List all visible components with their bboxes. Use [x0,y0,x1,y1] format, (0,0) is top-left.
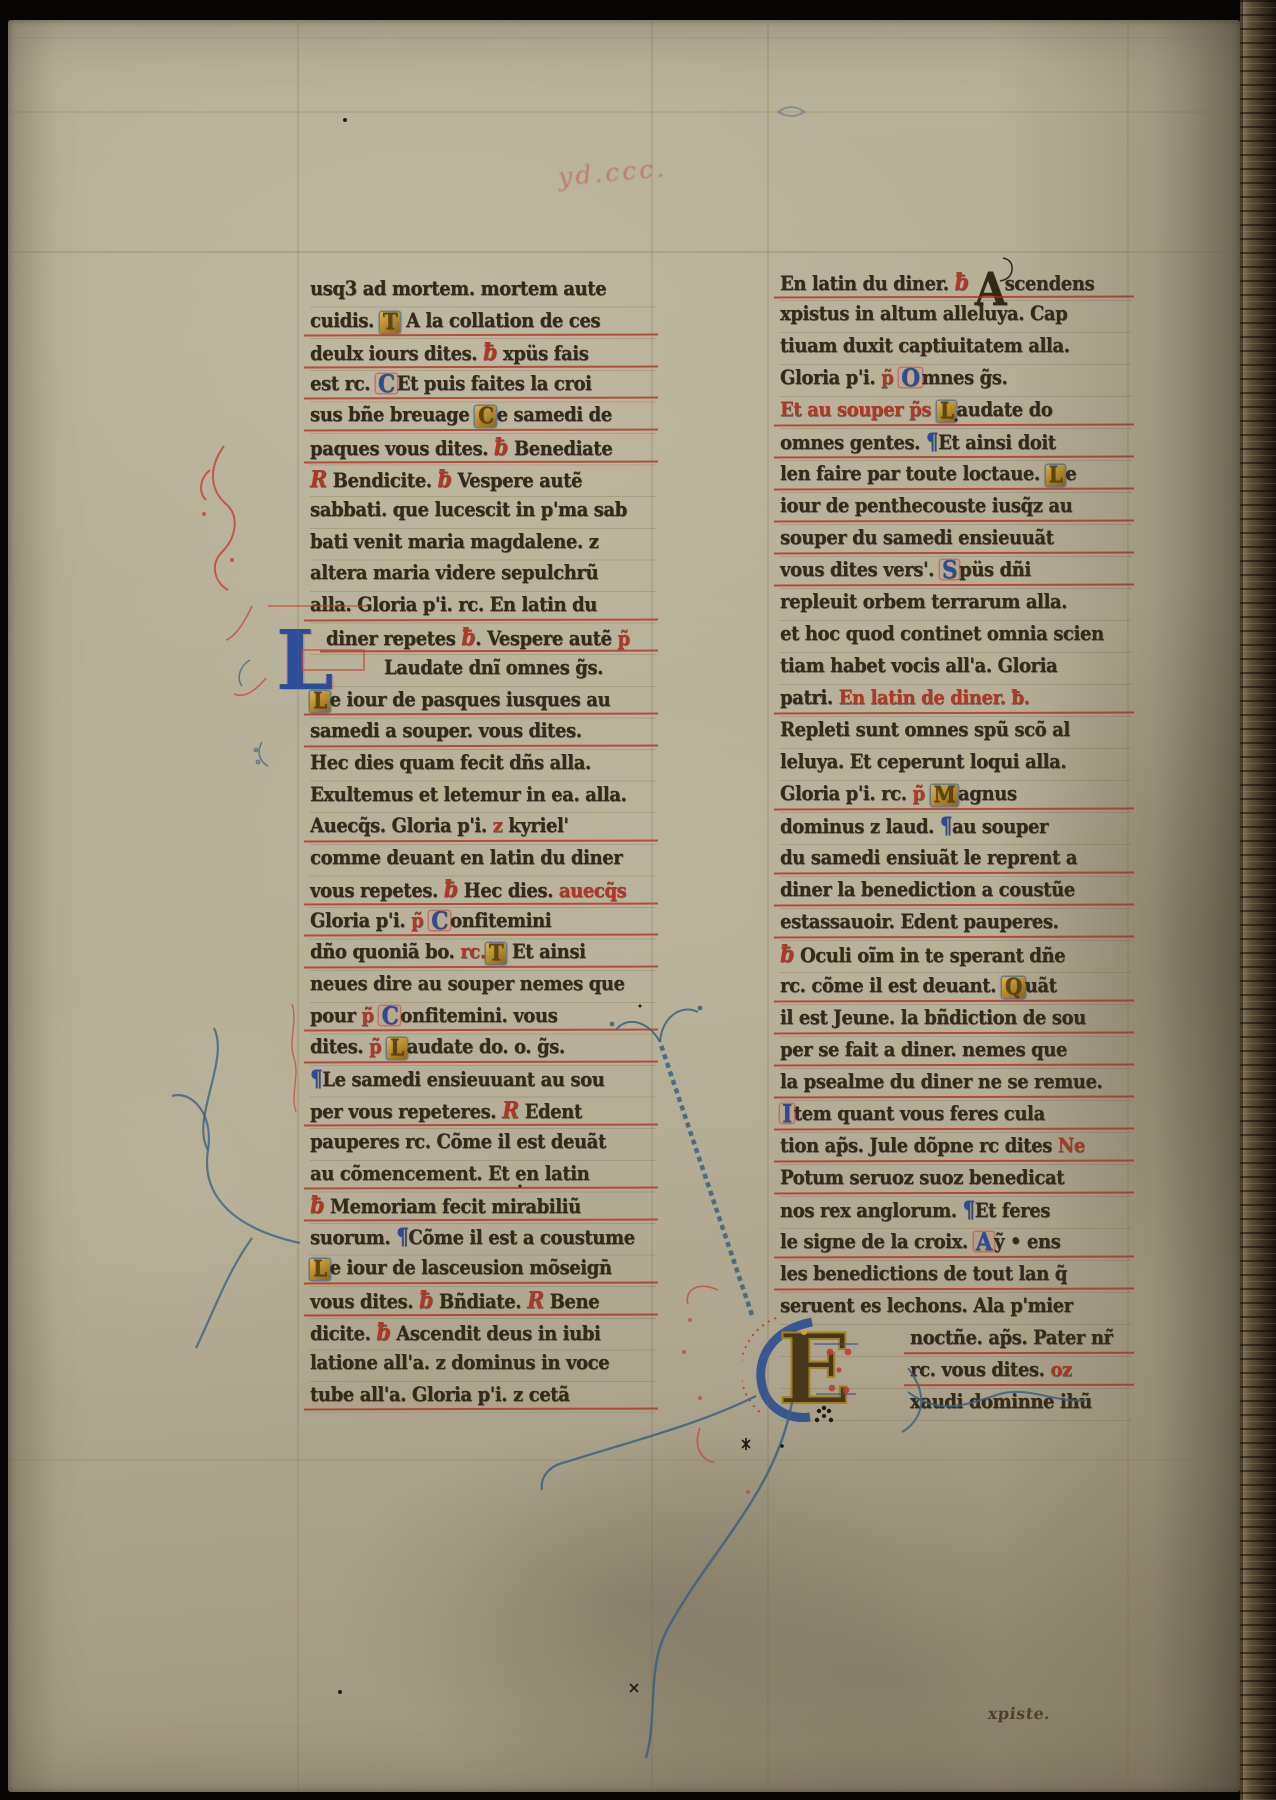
red-versicle-mark: ƀ [437,466,451,493]
ink-text: rc. vous dites. [910,1357,1050,1381]
ink-text: Cõme il est a coustume [408,1225,634,1249]
ink-text: diner repetes [326,626,461,650]
ink-text: cuidis. [310,308,380,332]
ink-text: Potum seruoz suoz benedicat [780,1165,1064,1189]
ink-text: altera maria videre sepulchrũ [310,560,598,584]
gold-champ-initial: M [931,785,959,806]
ink-text: pour [310,1003,361,1027]
catchword: xpiste. [987,1704,1051,1723]
text-line: Gloria p'i. p̃ Confitemini [310,908,656,940]
text-line: neues dire au souper nemes que [310,971,656,1003]
rubric-text: z [493,813,503,837]
text-line: omnes gentes. ¶Et ainsi doit [780,429,1132,461]
ink-text: au souper [952,814,1048,838]
text-line: le signe de la croix. Aỹ • ens [780,1229,1132,1261]
text-line: Gloria p'i. p̃ Omnes g̃s. [780,365,1132,397]
ink-text: Repleti sunt omnes spũ scõ al [780,717,1070,741]
gold-champ-initial: C [475,406,496,427]
ink-text: souper du samedi ensieuuãt [780,525,1054,549]
text-line: xaudi dominne ihũ [910,1389,1132,1421]
blue-paraph-mark: ¶ [940,813,952,839]
ink-text: neues dire au souper nemes que [310,971,625,995]
ink-text: dites. [310,1034,369,1058]
rubric-text: p̃ [617,626,629,650]
text-line: cuidis. T A la collation de ces [310,308,656,340]
red-versicle-mark: R [310,466,327,493]
ink-text: audate do [956,397,1052,421]
text-line: dño quoniã bo. rc.T Et ainsi [310,939,656,971]
blue-paraph-mark: ¶ [310,1066,322,1092]
text-line: Le iour de lasceusion mõseign̄ [310,1255,656,1287]
text-line: leluya. Et ceperunt loqui alla. [780,749,1132,781]
ink-text: alla. Gloria p'i. rc. En latin du [310,592,597,616]
text-line: tube all'a. Gloria p'i. z cetã [310,1382,656,1414]
gold-champ-initial: L [937,401,957,422]
text-line: diner la benediction a coustũe [780,877,1132,909]
ink-text: scendens [1005,271,1095,295]
ink-text: Hec dies. [458,878,559,902]
blue-penwork-initial: O [899,368,921,387]
text-line: ƀ Oculi oĩm in te sperant dñe [780,941,1132,973]
text-line: altera maria videre sepulchrũ [310,560,656,592]
rubric-text: p̃ [881,365,893,389]
text-line: dominus z laud. ¶au souper [780,813,1132,845]
text-line: sabbati. que lucescit in p'ma sab [310,497,656,529]
text-line: pour p̃ Confitemini. vous [310,1003,656,1035]
ink-text: Et puis faites la croi [397,371,592,395]
text-line: est rc. CEt puis faites la croi [310,371,656,403]
text-line: alla. Gloria p'i. rc. En latin du [310,592,656,624]
red-versicle-mark: ƀ [419,1287,433,1314]
red-versicle-mark: ƀ [461,624,475,651]
ink-text: mnes g̃s. [922,365,1008,389]
text-line: rc. vous dites. oz [910,1357,1132,1389]
ink-text: deulx iours dites. [310,341,483,365]
text-line: Repleti sunt omnes spũ scõ al [780,717,1132,749]
ink-text: Gloria p'i. [310,908,411,932]
illuminated-initial-L: L [276,620,334,702]
text-line: au cõmencement. Et en latin [310,1161,656,1193]
ink-text: usq3 ad mortem. mortem aute [310,276,606,300]
ink-text: au cõmencement. Et en latin [310,1161,589,1185]
gold-champ-initial: L [310,1259,330,1280]
ink-text: e iour de pasques iusques au [330,687,611,711]
text-line: et hoc quod continet omnia scien [780,621,1132,653]
red-versicle-mark: ƀ [483,339,497,366]
rubric-text: En latin de diner. ƀ. [839,685,1030,709]
initial-E-gold-glint [801,1329,807,1335]
ink-text: Bendicite. [327,468,438,492]
text-line: vous dites. ƀ Bñdiate. R Bene [310,1287,656,1319]
text-line: Exultemus et letemur in ea. alla. [310,782,656,814]
ink-text: A la collation de ces [400,308,600,332]
text-line: paques vous dites. ƀ Benediate [310,434,656,466]
text-line: Le iour de pasques iusques au [310,687,656,719]
text-line: R Bendicite. ƀ Vespere autẽ [310,466,656,498]
ink-text: tion ap̃s. Jule dõpne rc dites [780,1133,1058,1157]
text-line: estassauoir. Edent pauperes. [780,909,1132,941]
ink-text: e iour de lasceusion mõseign̄ [330,1255,612,1279]
ink-text: diner la benediction a coustũe [780,877,1075,901]
text-line: suorum. ¶Cõme il est a coustume [310,1224,656,1256]
ink-text: e [1065,461,1076,485]
ink-text: Gloria p'i. rc. [780,781,912,805]
ink-text: noctñe. ap̃s. Pater nr̃ [910,1325,1113,1349]
ink-text: Le samedi ensieuuant au sou [322,1067,604,1091]
rubric-text: oz [1050,1357,1071,1381]
ink-text: ỹ • ens [994,1229,1060,1253]
ink-text: vous dites. [310,1289,419,1313]
ink-text: estassauoir. Edent pauperes. [780,909,1058,933]
gold-champ-initial: T [380,312,400,333]
ink-text: per vous repeteres. [310,1099,502,1123]
ink-text: per se fait a diner. nemes que [780,1037,1067,1061]
text-line: pauperes rc. Cõme il est deuãt [310,1129,656,1161]
text-line: xpistus in altum alleluya. Cap [780,301,1132,333]
ink-text: tube all'a. Gloria p'i. z cetã [310,1382,569,1406]
gold-champ-initial: Q [1002,977,1025,998]
text-line: Et au souper p̃s Laudate do [780,397,1132,429]
ink-text: omnes gentes. [780,430,926,454]
ink-text: dominus z laud. [780,814,940,838]
ink-text: Auecq̃s. Gloria p'i. [310,813,493,837]
rubric-text: p̃ [361,1003,373,1027]
text-line: Laudate dnĩ omnes g̃s. [384,655,656,687]
ink-text: xaudi dominne ihũ [910,1389,1092,1413]
text-line: les benedictions de tout lan q̃ [780,1261,1132,1293]
ink-text: latione all'a. z dominus in voce [310,1350,609,1374]
ink-text: Et ainsi [506,939,586,963]
ink-text: Exultemus et letemur in ea. alla. [310,782,626,806]
text-line: Gloria p'i. rc. p̃ Magnus [780,781,1132,813]
text-line: Item quant vous feres cula [780,1101,1132,1133]
ink-text: xpüs fais [497,341,588,365]
text-line: Potum seruoz suoz benedicat [780,1165,1132,1197]
red-versicle-mark: ƀ [376,1319,390,1346]
red-versicle-mark: ƀ [310,1192,324,1219]
ink-text: tiuam duxit captiuitatem alla. [780,333,1070,357]
ink-text: Hec dies quam fecit dñs alla. [310,750,591,774]
text-line: comme deuant en latin du diner [310,845,656,877]
text-line: noctñe. ap̃s. Pater nr̃ [910,1325,1132,1357]
ink-text: nos rex anglorum. [780,1198,962,1222]
blue-paraph-mark: ¶ [396,1224,408,1250]
red-versicle-mark: ƀ [494,434,508,461]
ink-text: dño quoniã bo. [310,939,460,963]
text-line: tiuam duxit captiuitatem alla. [780,333,1132,365]
ink-text: Benediate [508,436,612,460]
text-line: latione all'a. z dominus in voce [310,1350,656,1382]
gold-champ-initial: L [387,1038,407,1059]
text-line: En latin du diner. ƀ Ascendens [780,269,1132,301]
text-line: tiam habet vocis all'a. Gloria [780,653,1132,685]
ink-text: sabbati. que lucescit in p'ma sab [310,497,627,521]
gold-champ-initial: L [1046,465,1066,486]
text-line: bati venit maria magdalene. z [310,529,656,561]
ink-text: Laudate dnĩ omnes g̃s. [384,655,603,679]
text-line: per se fait a diner. nemes que [780,1037,1132,1069]
text-line: usq3 ad mortem. mortem aute [310,276,656,308]
ink-text: comme deuant en latin du diner [310,845,622,869]
text-line: ƀ Memoriam fecit mirabiliũ [310,1192,656,1224]
ink-text: Edent [519,1099,582,1123]
ink-text: En latin du diner. [780,271,954,295]
ink-text: et hoc quod continet omnia scien [780,621,1104,645]
ink-text: Vespere autẽ [452,468,582,492]
ink-text: les benedictions de tout lan q̃ [780,1261,1067,1285]
ink-text: Gloria p'i. [780,365,881,389]
text-line: Auecq̃s. Gloria p'i. z kyriel' [310,813,656,845]
blue-penwork-initial: A [974,1232,994,1251]
text-line: dites. p̃ Laudate do. o. g̃s. [310,1034,656,1066]
text-line: samedi a souper. vous dites. [310,718,656,750]
ink-text: suorum. [310,1225,396,1249]
ink-text: Memoriam fecit mirabiliũ [324,1194,581,1218]
blue-penwork-initial: S [940,560,959,579]
illuminated-initial-E: E [742,1314,908,1426]
red-versicle-mark: R [527,1287,544,1314]
text-line: tion ap̃s. Jule dõpne rc dites Ne [780,1133,1132,1165]
rubric-text: p̃ [912,781,924,805]
ink-text: kyriel' [502,813,568,837]
ink-text: patri. [780,685,839,709]
red-versicle-mark: ƀ [954,269,968,296]
ink-text: sus bñe breuage [310,402,475,426]
ink-text: le signe de la croix. [780,1229,974,1253]
rubric-text: rc. [460,939,486,963]
ink-text: Ascendit deus in iubi [390,1321,600,1345]
photograph-backdrop: usq3 ad mortem. mortem autecuidis. T A l… [0,0,1276,1800]
ink-text: Oculi oĩm in te sperant dñe [794,943,1065,967]
ink-text: est rc. [310,371,376,395]
ink-text: dicite. [310,1321,376,1345]
ink-text: tem quant vous feres cula [794,1101,1045,1125]
ink-text: samedi a souper. vous dites. [310,718,582,742]
text-line: rc. cõme il est deuant. Quãt [780,973,1132,1005]
blue-penwork-initial: C [379,1006,400,1025]
text-line: la psealme du diner ne se remue. [780,1069,1132,1101]
ink-text: vous repetes. [310,878,444,902]
red-versicle-mark: ƀ [444,876,458,903]
ink-text: vous dites vers'. [780,557,940,581]
text-line: patri. En latin de diner. ƀ. [780,685,1132,717]
text-column-right: En latin du diner. ƀ Ascendensxpistus in… [780,269,1132,1421]
blue-penwork-initial: C [429,911,450,930]
blue-penwork-initial: C [376,374,397,393]
ink-text: du samedi ensiuãt le reprent a [780,845,1077,869]
gold-champ-initial: T [486,943,506,964]
text-line: diner repetes ƀ. Vespere autẽ p̃ [326,624,656,656]
text-line: vous repetes. ƀ Hec dies. auecq̃s [310,876,656,908]
ink-text: e samedi de [496,402,611,426]
text-line: sus bñe breuage Ce samedi de [310,402,656,434]
blue-paraph-mark: ¶ [962,1197,974,1223]
text-line: iour de penthecouste iusq̃z au [780,493,1132,525]
ink-text: tiam habet vocis all'a. Gloria [780,653,1057,677]
book-fore-edge [1240,0,1276,1800]
red-versicle-mark: ƀ [780,941,794,968]
ink-text: Et feres [975,1198,1050,1222]
text-line: Hec dies quam fecit dñs alla. [310,750,656,782]
text-line: du samedi ensiuãt le reprent a [780,845,1132,877]
ink-text: püs dñi [959,557,1031,581]
ink-text: bati venit maria magdalene. z [310,529,598,553]
rubric-text: p̃ [369,1034,381,1058]
ink-text: la psealme du diner ne se remue. [780,1069,1102,1093]
red-versicle-mark: R [502,1097,519,1124]
ink-text: Bene [544,1289,599,1313]
ink-text: onfitemini. vous [400,1003,557,1027]
ink-text: il est Jeune. la bñdiction de sou [780,1005,1086,1029]
rubric-text: auecq̃s [559,878,626,902]
text-line: dicite. ƀ Ascendit deus in iubi [310,1319,656,1351]
ink-text: audate do. o. g̃s. [407,1034,565,1058]
text-line: len faire par toute loctaue. Le [780,461,1132,493]
text-line: souper du samedi ensieuuãt [780,525,1132,557]
text-line: nos rex anglorum. ¶Et feres [780,1197,1132,1229]
ink-text: Et ainsi doit [938,430,1056,454]
text-line: vous dites vers'. Spüs dñi [780,557,1132,589]
rubric-text: Et au souper p̃s [780,397,937,421]
blue-penwork-initial: I [780,1104,794,1123]
ink-text: . Vespere autẽ [475,626,617,650]
ink-text: uãt [1025,973,1057,997]
rubric-text: Ne [1058,1133,1085,1157]
text-line: ¶Le samedi ensieuuant au sou [310,1066,656,1098]
blue-paraph-mark: ¶ [926,429,938,455]
ink-text: xpistus in altum alleluya. Cap [780,301,1067,325]
ink-text: pauperes rc. Cõme il est deuãt [310,1129,606,1153]
ink-text: onfitemini [450,908,551,932]
ink-text: paques vous dites. [310,436,494,460]
rubric-text: p̃ [411,908,423,932]
ink-text: repleuit orbem terrarum alla. [780,589,1067,613]
ink-text: agnus [958,781,1017,805]
ink-text: iour de penthecouste iusq̃z au [780,493,1072,517]
ink-text [925,781,931,805]
text-line: repleuit orbem terrarum alla. [780,589,1132,621]
manuscript-page: usq3 ad mortem. mortem autecuidis. T A l… [8,20,1240,1792]
ink-text: len faire par toute loctaue. [780,461,1046,485]
ink-text: Bñdiate. [433,1289,527,1313]
text-line: il est Jeune. la bñdiction de sou [780,1005,1132,1037]
ink-text: leluya. Et ceperunt loqui alla. [780,749,1066,773]
ink-text: rc. cõme il est deuant. [780,973,1002,997]
folio-number-inscription: yd.ccc. [557,153,668,191]
text-column-left: usq3 ad mortem. mortem autecuidis. T A l… [310,276,656,1413]
text-line: deulx iours dites. ƀ xpüs fais [310,339,656,371]
text-line: per vous repeteres. R Edent [310,1097,656,1129]
